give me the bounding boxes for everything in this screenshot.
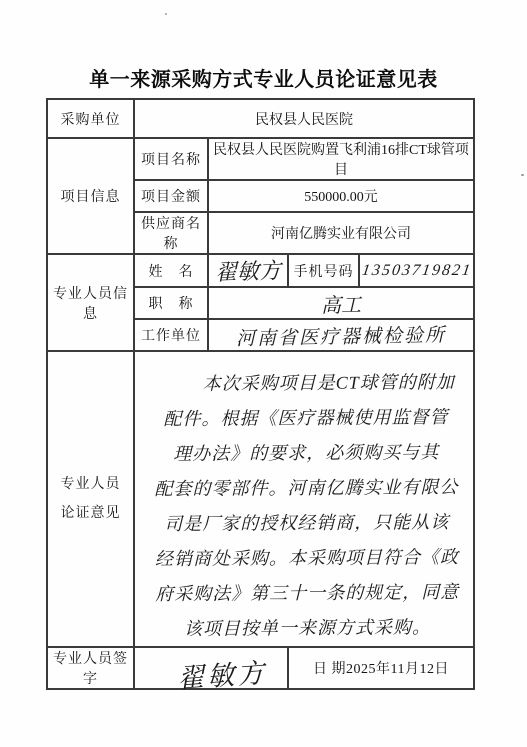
name-label: 姓 名 [134,254,208,287]
phone-handwritten-value: 13503719821 [357,254,477,287]
job-title-label: 职 称 [134,287,208,319]
row-project-name: 项目信息 项目名称 民权县人民医院购置飞利浦16排CT球管项目 [47,138,474,180]
row-signature: 专业人员签字 翟敏方 日 期2025年11月12日 [47,647,474,689]
procurement-form-table: 采购单位 民权县人民医院 项目信息 项目名称 民权县人民医院购置飞利浦16排CT… [46,98,475,690]
purchasing-unit-value: 民权县人民医院 [134,99,474,138]
row-personnel-name: 专业人员信息 姓 名 翟敏方 手机号码 13503719821 [47,254,474,287]
row-purchasing-unit: 采购单位 民权县人民医院 [47,99,474,138]
work-unit-label: 工作单位 [134,319,208,351]
opinion-handwritten-text: 本次采购项目是CT球管的附加 配件。根据《医疗器械使用监督管 理办法》的要求，必… [136,351,472,647]
personnel-info-section-label: 专业人员信息 [47,254,134,351]
page-title: 单一来源采购方式专业人员论证意见表 [0,63,527,92]
work-unit-handwritten-value: 河南省医疗器械检验所 [208,317,475,354]
project-amount-value: 550000.00元 [208,180,474,212]
scan-speck [165,13,167,15]
purchasing-unit-label: 采购单位 [47,99,134,138]
project-amount-label: 项目金额 [134,180,208,212]
scan-speck [521,174,524,176]
opinion-cell: 本次采购项目是CT球管的附加 配件。根据《医疗器械使用监督管 理办法》的要求，必… [134,351,474,647]
name-handwritten-value: 翟敏方 [207,253,288,289]
project-info-section-label: 项目信息 [47,138,134,254]
signature-label: 专业人员签字 [47,647,134,689]
scanned-form-page: 单一来源采购方式专业人员论证意见表 采购单位 民权县人民医院 项目信息 项目名称… [0,0,527,747]
row-opinion: 专业人员 论证意见 本次采购项目是CT球管的附加 配件。根据《医疗器械使用监督管… [47,351,474,647]
signature-handwritten: 翟敏方 [176,650,269,695]
signature-cell: 翟敏方 [134,647,288,689]
project-name-label: 项目名称 [134,138,208,180]
opinion-section-label: 专业人员 论证意见 [47,351,134,647]
project-name-value: 民权县人民医院购置飞利浦16排CT球管项目 [208,138,474,180]
job-title-handwritten-value: 高工 [208,285,475,322]
supplier-value: 河南亿腾实业有限公司 [208,212,474,254]
supplier-label: 供应商名称 [134,212,208,254]
phone-label: 手机号码 [288,254,359,287]
signature-date-value: 日 期2025年11月12日 [288,647,474,689]
